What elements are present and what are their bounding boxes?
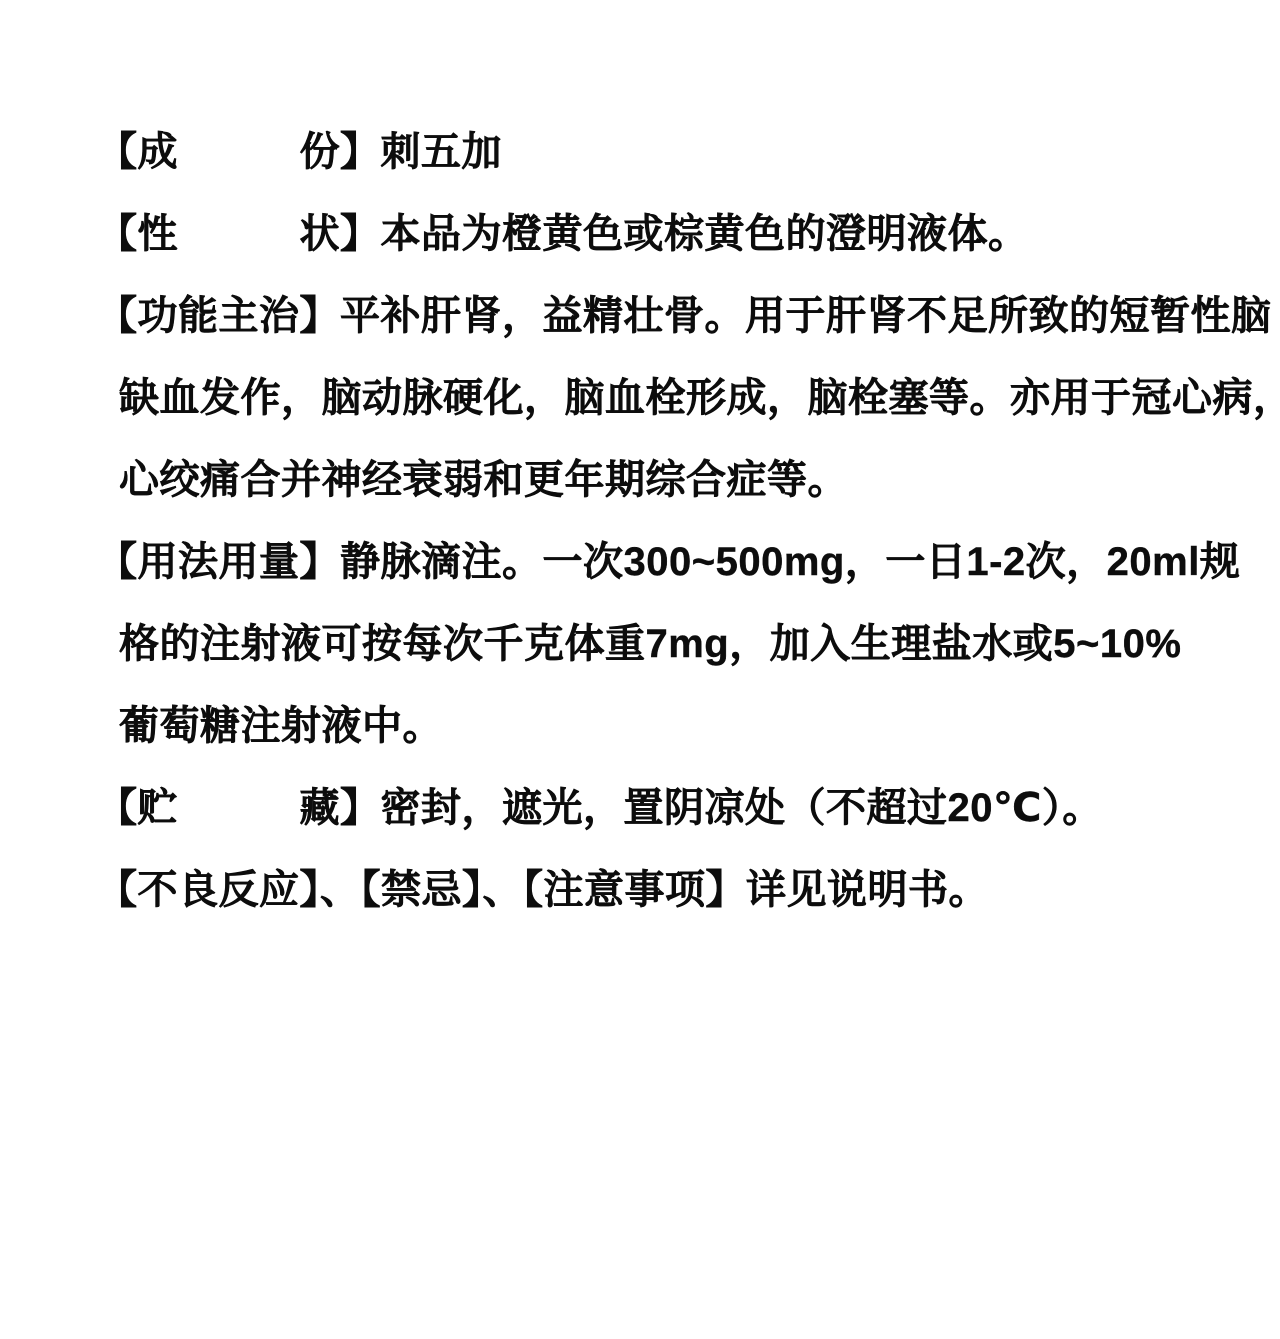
section-yongfa-yongliang: 【用法用量】静脉滴注。一次300~500mg，一日1-2次，20ml规格的注射液… [97, 521, 1240, 767]
drug-label-document: 【成 份】刺五加【性 状】本品为橙黄色或棕黄色的澄明液体。【功能主治】平补肝肾，… [0, 0, 1280, 1339]
section-xingzhuang: 【性 状】本品为橙黄色或棕黄色的澄明液体。 [97, 193, 1240, 275]
text-line: 【性 状】本品为橙黄色或棕黄色的澄明液体。 [97, 193, 1240, 275]
text-line: 【不良反应】、【禁忌】、【注意事项】详见说明书。 [97, 849, 1240, 931]
text-line: 葡萄糖注射液中。 [97, 685, 1240, 767]
section-gongneng-zhuzhi: 【功能主治】平补肝肾，益精壮骨。用于肝肾不足所致的短暂性脑缺血发作，脑动脉硬化，… [97, 275, 1240, 521]
text-line: 【贮 藏】密封，遮光，置阴凉处（不超过20℃）。 [97, 767, 1240, 849]
text-line: 缺血发作，脑动脉硬化，脑血栓形成，脑栓塞等。亦用于冠心病， [97, 357, 1240, 439]
text-line: 【用法用量】静脉滴注。一次300~500mg，一日1-2次，20ml规 [97, 521, 1240, 603]
section-zhucang: 【贮 藏】密封，遮光，置阴凉处（不超过20℃）。 [97, 767, 1240, 849]
text-line: 【功能主治】平补肝肾，益精壮骨。用于肝肾不足所致的短暂性脑 [97, 275, 1240, 357]
text-line: 心绞痛合并神经衰弱和更年期综合症等。 [97, 439, 1240, 521]
section-qita-xiangjian-shuomingshu: 【不良反应】、【禁忌】、【注意事项】详见说明书。 [97, 849, 1240, 931]
text-line: 【成 份】刺五加 [97, 111, 1240, 193]
text-line: 格的注射液可按每次千克体重7mg，加入生理盐水或5~10% [97, 603, 1240, 685]
section-chengfen: 【成 份】刺五加 [97, 111, 1240, 193]
